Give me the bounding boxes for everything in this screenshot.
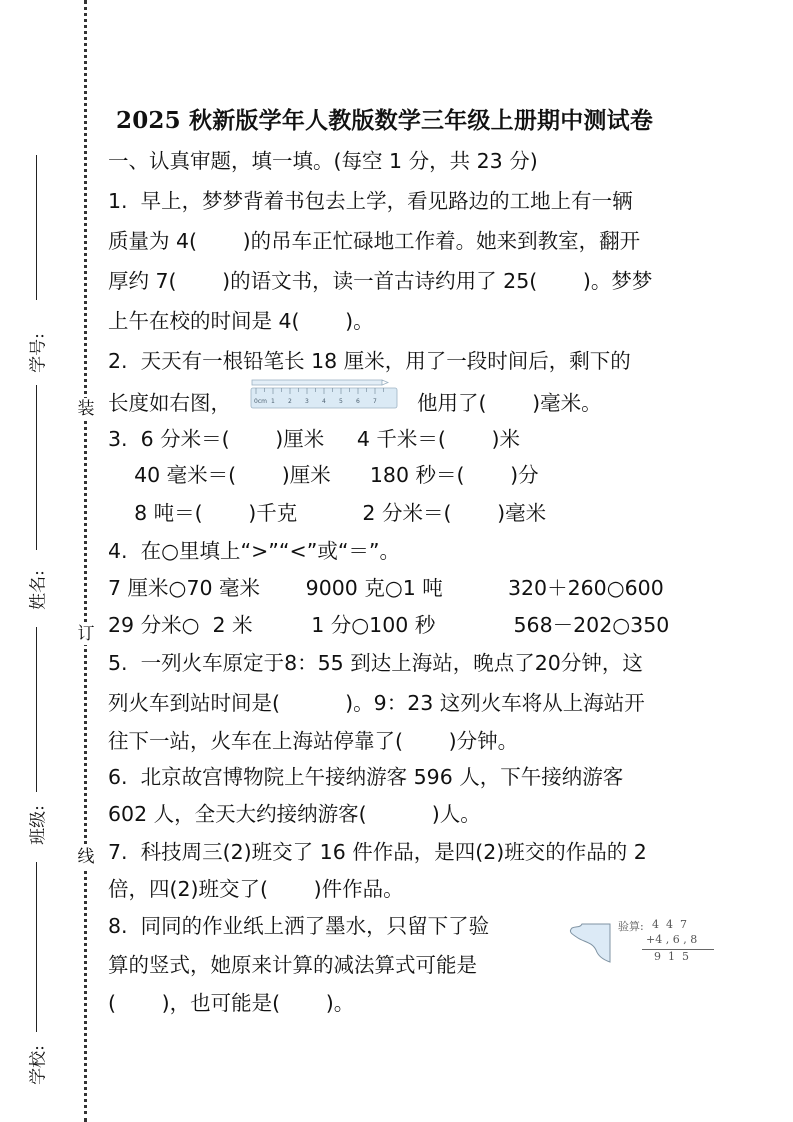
q5-line-3: 往下一站，火车在上海站停靠了( )分钟。: [108, 726, 518, 756]
q2-line-2-before: 长度如右图，: [108, 388, 231, 418]
q5-line-1: 5. 一列火车原定于8：55 到达上海站，晚点了20分钟，这: [108, 648, 643, 678]
class-line[interactable]: [36, 627, 37, 792]
check-calc-row2: +4 , 6 , 8: [646, 933, 697, 946]
q8-line-1: 8. 同同的作业纸上洒了墨水，只留下了验: [108, 911, 489, 941]
ruler-pencil-figure: 0cm 1 2 3 4 5 6 7: [250, 378, 400, 410]
student-number-line[interactable]: [36, 155, 37, 300]
exam-title: 2025 秋新版学年人教版数学三年级上册期中测试卷: [116, 102, 726, 135]
check-calc-row1: 4 4 7: [652, 918, 687, 931]
binding-char-xian: 线: [76, 846, 96, 868]
school-label: 学校:: [20, 1040, 52, 1090]
class-label: 班级:: [20, 800, 52, 850]
q4-line-3: 29 分米○ 2 米 1 分○100 秒 568－202○350: [108, 610, 669, 640]
binding-char-zhuang: 装: [76, 398, 96, 420]
q1-line-3: 厚约 7( )的语文书，读一首古诗约用了 25( )。梦梦: [108, 266, 652, 296]
q3-line-2: 40 毫米＝( )厘米 180 秒＝( )分: [108, 460, 539, 490]
ink-blob-figure: [566, 920, 622, 964]
svg-text:5: 5: [339, 398, 343, 405]
q1-line-2: 质量为 4( )的吊车正忙碌地工作着。她来到教室，翻开: [108, 226, 640, 256]
q3-line-1: 3. 6 分米＝( )厘米 4 千米＝( )米: [108, 424, 520, 454]
svg-text:0cm: 0cm: [254, 398, 267, 405]
q6-line-1: 6. 北京故宫博物院上午接纳游客 596 人，下午接纳游客: [108, 762, 623, 792]
q6-line-2: 602 人，全天大约接纳游客( )人。: [108, 799, 481, 829]
svg-text:3: 3: [305, 398, 309, 405]
q4-line-1: 4. 在○里填上“>”“<”或“＝”。: [108, 536, 400, 566]
q1-line-4: 上午在校的时间是 4( )。: [108, 306, 374, 336]
q2-line-2-after: 他用了( )毫米。: [404, 388, 602, 418]
check-calc-result: 9 1 5: [654, 950, 689, 963]
q7-line-1: 7. 科技周三(2)班交了 16 件作品，是四(2)班交的作品的 2: [108, 837, 647, 867]
student-name-label: 姓名:: [20, 565, 52, 615]
svg-text:2: 2: [288, 398, 292, 405]
q4-line-2: 7 厘米○70 毫米 9000 克○1 吨 320＋260○600: [108, 573, 664, 603]
svg-text:7: 7: [373, 398, 377, 405]
check-calc-label: 验算:: [618, 918, 644, 934]
q8-line-3: ( )，也可能是( )。: [108, 988, 354, 1018]
student-number-label: 学号:: [20, 328, 52, 378]
q3-line-3: 8 吨＝( )千克 2 分米＝( )毫米: [108, 498, 546, 528]
school-line[interactable]: [36, 862, 37, 1032]
q5-line-2: 列火车到站时间是( )。9：23 这列火车将从上海站开: [108, 688, 645, 718]
student-name-line[interactable]: [36, 385, 37, 550]
svg-text:1: 1: [271, 398, 275, 405]
section-heading: 一、认真审题，填一填。(每空 1 分，共 23 分): [108, 146, 538, 176]
q8-line-2: 算的竖式，她原来计算的减法算式可能是: [108, 950, 477, 980]
q2-line-1: 2. 天天有一根铅笔长 18 厘米，用了一段时间后，剩下的: [108, 346, 631, 376]
svg-text:6: 6: [356, 398, 360, 405]
binding-dotted-line: [84, 0, 87, 1122]
q1-line-1: 1. 早上，梦梦背着书包去上学，看见路边的工地上有一辆: [108, 186, 633, 216]
binding-char-ding: 订: [76, 623, 96, 645]
svg-text:4: 4: [322, 398, 326, 405]
q7-line-2: 倍，四(2)班交了( )件作品。: [108, 874, 404, 904]
